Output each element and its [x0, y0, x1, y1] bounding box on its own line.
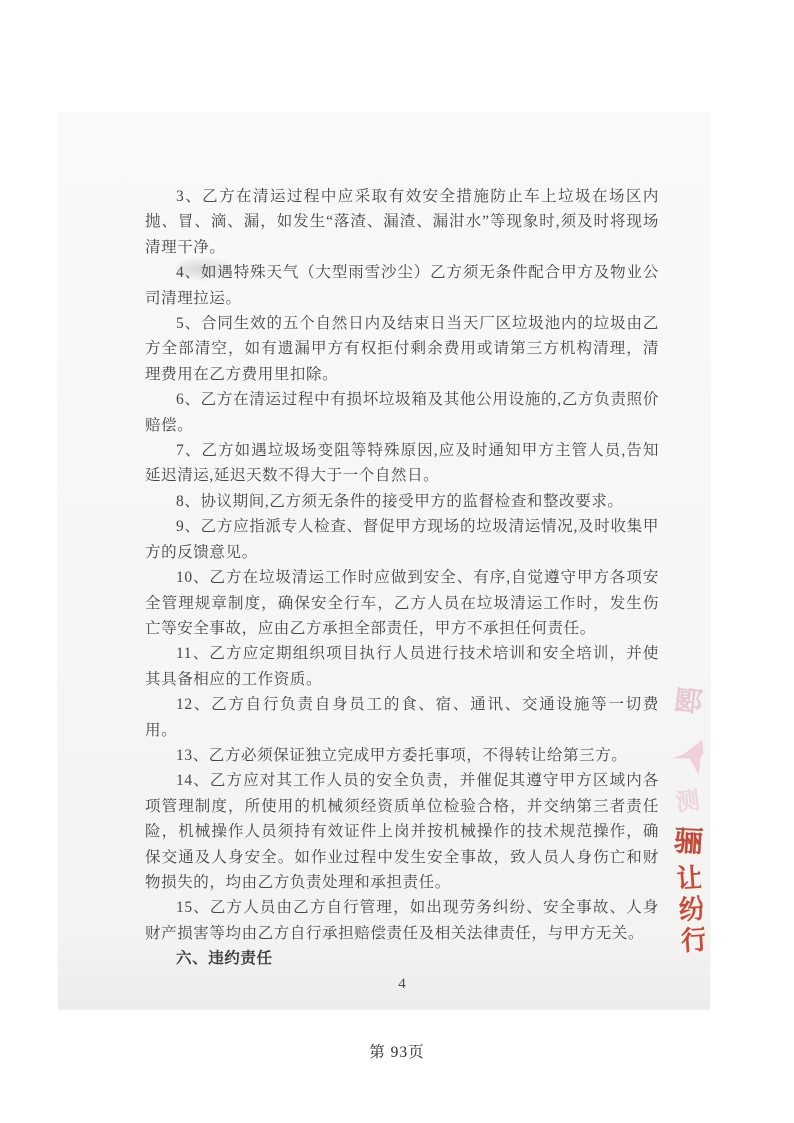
seal-fragment-icon: 郾 [672, 687, 705, 724]
contract-paragraph: 4、如遇特殊天气（大型雨雪沙尘）乙方须无条件配合甲方及物业公司清理拉运。 [145, 260, 659, 311]
contract-paragraph: 13、乙方必须保证独立完成甲方委托事项，不得转让给第三方。 [145, 743, 659, 768]
contract-paragraph: 14、乙方应对其工作人员的安全负责，并催促其遵守甲方区域内各项管理制度，所使用的… [145, 768, 659, 895]
document-scan-page: 3、乙方在清运过程中应采取有效安全措施防止车上垃圾在场区内抛、冒、滴、漏，如发生… [58, 112, 710, 1009]
seal-fragment-icon: 测 [674, 787, 706, 819]
seal-fragment-icon: 骊 [673, 826, 705, 860]
section-heading: 六、违约责任 [145, 946, 659, 971]
contract-paragraph: 8、协议期间,乙方须无条件的接受甲方的监督检查和整改要求。 [145, 489, 659, 514]
contract-paragraph: 6、乙方在清运过程中有损坏垃圾箱及其他公用设施的,乙方负责照价赔偿。 [145, 387, 659, 438]
contract-text-block: 3、乙方在清运过程中应采取有效安全措施防止车上垃圾在场区内抛、冒、滴、漏，如发生… [145, 184, 659, 997]
contract-paragraph: 5、合同生效的五个自然日内及结束日当天厂区垃圾池内的垃圾由乙方全部清空，如有遗漏… [145, 311, 659, 387]
contract-paragraph: 9、乙方应指派专人检查、督促甲方现场的垃圾清运情况,及时收集甲方的反馈意见。 [145, 514, 659, 565]
contract-paragraph: 11、乙方应定期组织项目执行人员进行技术培训和安全培训，并使其具备相应的工作资质… [145, 641, 659, 692]
contract-paragraph: 3、乙方在清运过程中应采取有效安全措施防止车上垃圾在场区内抛、冒、滴、漏，如发生… [145, 184, 659, 260]
contract-paragraph: 15、乙方人员由乙方自行管理，如出现劳务纠纷、安全事故、人身财产损害等均由乙方自… [145, 895, 659, 946]
document-page-number: 4 [145, 972, 659, 997]
contract-paragraph: 12、乙方自行负责自身员工的食、宿、通讯、交通设施等一切费用。 [145, 692, 659, 743]
footer-page-label: 第 93页 [0, 1040, 794, 1062]
contract-paragraph: 10、乙方在垃圾清运工作时应做到安全、有序,自觉遵守甲方各项安全管理规章制度，确… [145, 565, 659, 641]
contract-paragraph: 7、乙方如遇垃圾场变阻等特殊原因,应及时通知甲方主管人员,告知延迟清运,延迟天数… [145, 438, 659, 489]
